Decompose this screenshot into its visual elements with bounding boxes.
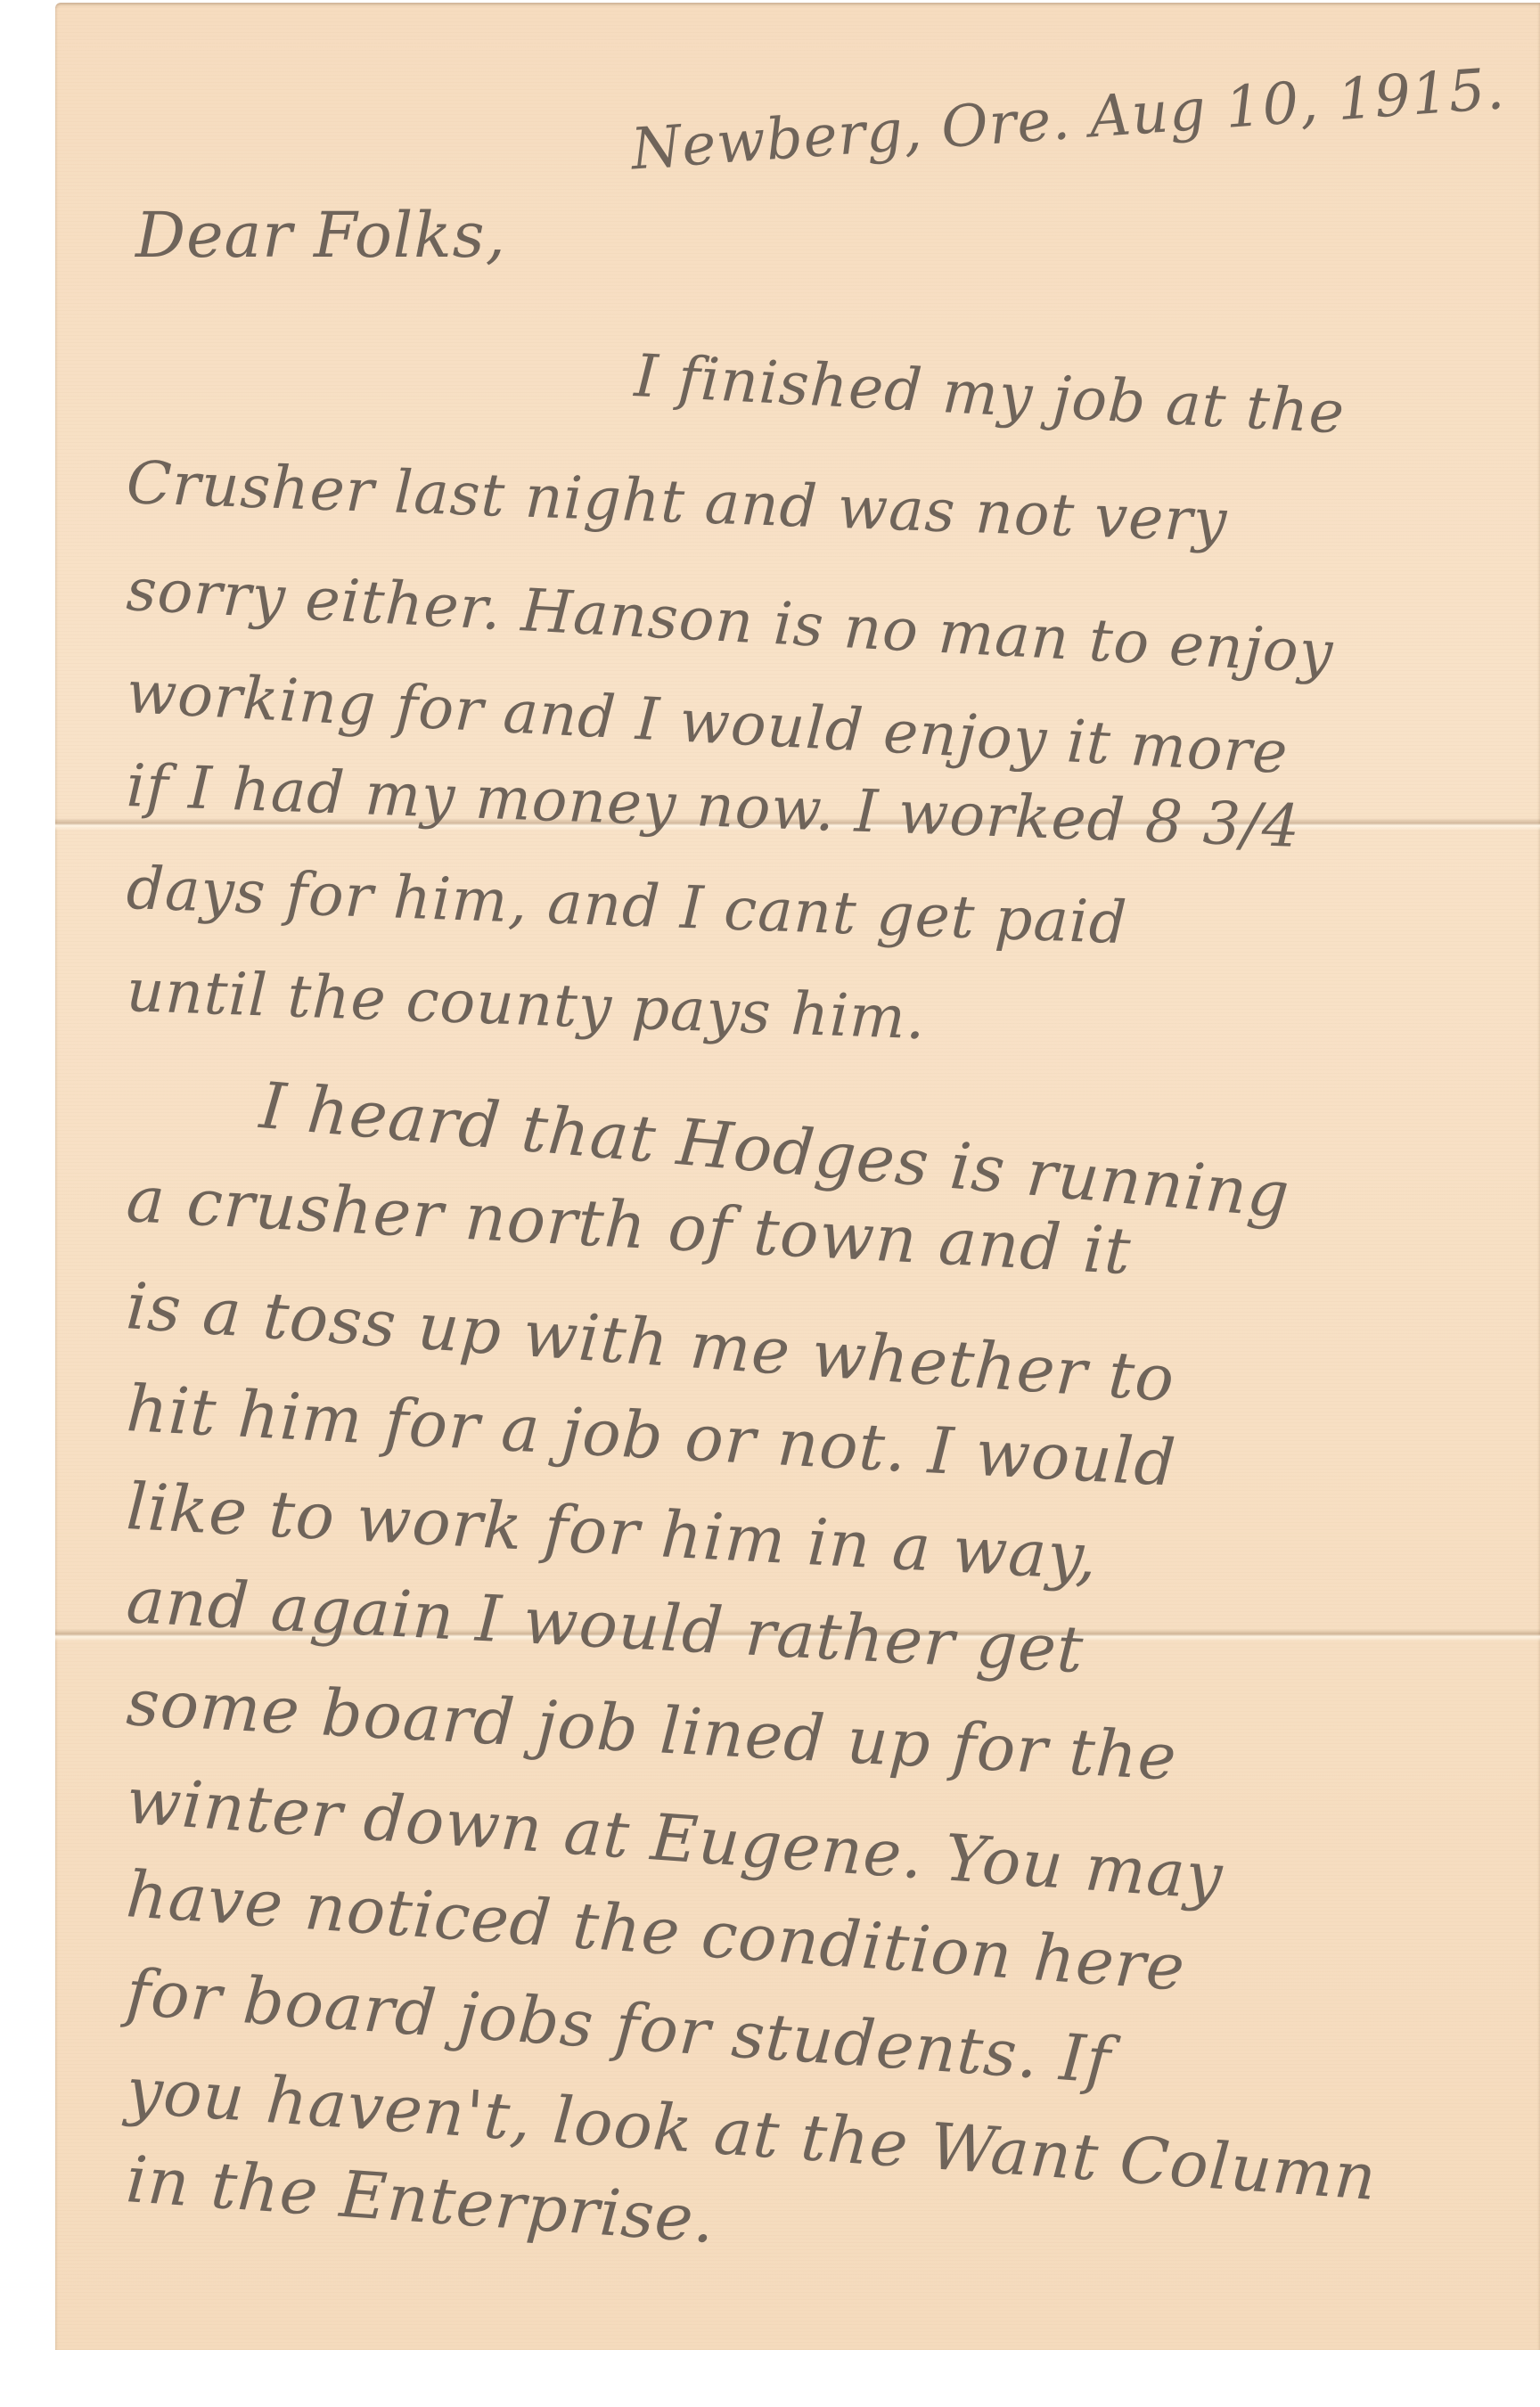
letter-line: I finished my job at the (633, 341, 1347, 447)
letter-heading: Newberg, Ore. Aug 10, 1915. (628, 56, 1506, 183)
letter-line: Crusher last night and was not very (126, 448, 1229, 555)
letter-line: until the county pays him. (126, 956, 927, 1052)
letter-line: days for him, and I cant get paid (126, 854, 1129, 957)
letter-greeting: Dear Folks, (135, 199, 506, 272)
letter-page: Newberg, Ore. Aug 10, 1915. Dear Folks, … (55, 3, 1540, 2350)
